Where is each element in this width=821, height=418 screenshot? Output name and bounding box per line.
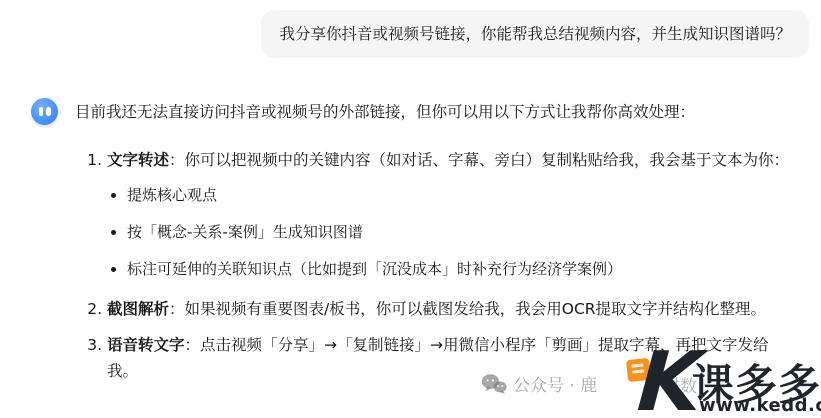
assistant-avatar-icon <box>31 98 58 125</box>
item-label: 语音转文字 <box>107 336 185 354</box>
item-text: ：如果视频有重要图表/板书，你可以截图发给我，我会用OCR提取文字并结构化整理。 <box>169 300 766 318</box>
wechat-watermark-text: 公众号 · 鹿 <box>513 371 597 396</box>
brand-url: www.kedd.cn <box>699 395 821 416</box>
wechat-icon <box>481 373 507 395</box>
item-label: 文字转述 <box>107 151 169 169</box>
wechat-watermark: 公众号 · 鹿 <box>481 371 597 396</box>
bullet-item: 标注可延伸的关联知识点（比如提到「沉没成本」时补充行为经济学案例） <box>127 259 791 280</box>
list-item: 文字转述：你可以把视频中的关键内容（如对话、字幕、旁白）复制粘贴给我，我会基于文… <box>107 147 791 280</box>
avatar-eye-right <box>46 107 51 116</box>
item-text: ：你可以把视频中的关键内容（如对话、字幕、旁白）复制粘贴给我，我会基于文本为你： <box>169 151 789 169</box>
bullet-item: 提炼核心观点 <box>127 185 791 206</box>
user-message-bubble: 我分享你抖音或视频号链接，你能帮我总结视频内容，并生成知识图谱吗？ <box>261 10 809 58</box>
user-message-row: 我分享你抖音或视频号链接，你能帮我总结视频内容，并生成知识图谱吗？ <box>0 0 821 58</box>
list-item: 截图解析：如果视频有重要图表/板书，你可以截图发给我，我会用OCR提取文字并结构… <box>107 296 791 322</box>
assistant-bullet-list: 提炼核心观点 按「概念-关系-案例」生成知识图谱 标注可延伸的关联知识点（比如提… <box>107 185 791 280</box>
avatar-eye-left <box>39 107 44 116</box>
bullet-item: 按「概念-关系-案例」生成知识图谱 <box>127 222 791 243</box>
assistant-intro-text: 目前我还无法直接访问抖音或视频号的外部链接，但你可以用以下方式让我帮你高效处理： <box>75 101 791 123</box>
item-label: 截图解析 <box>107 300 169 318</box>
